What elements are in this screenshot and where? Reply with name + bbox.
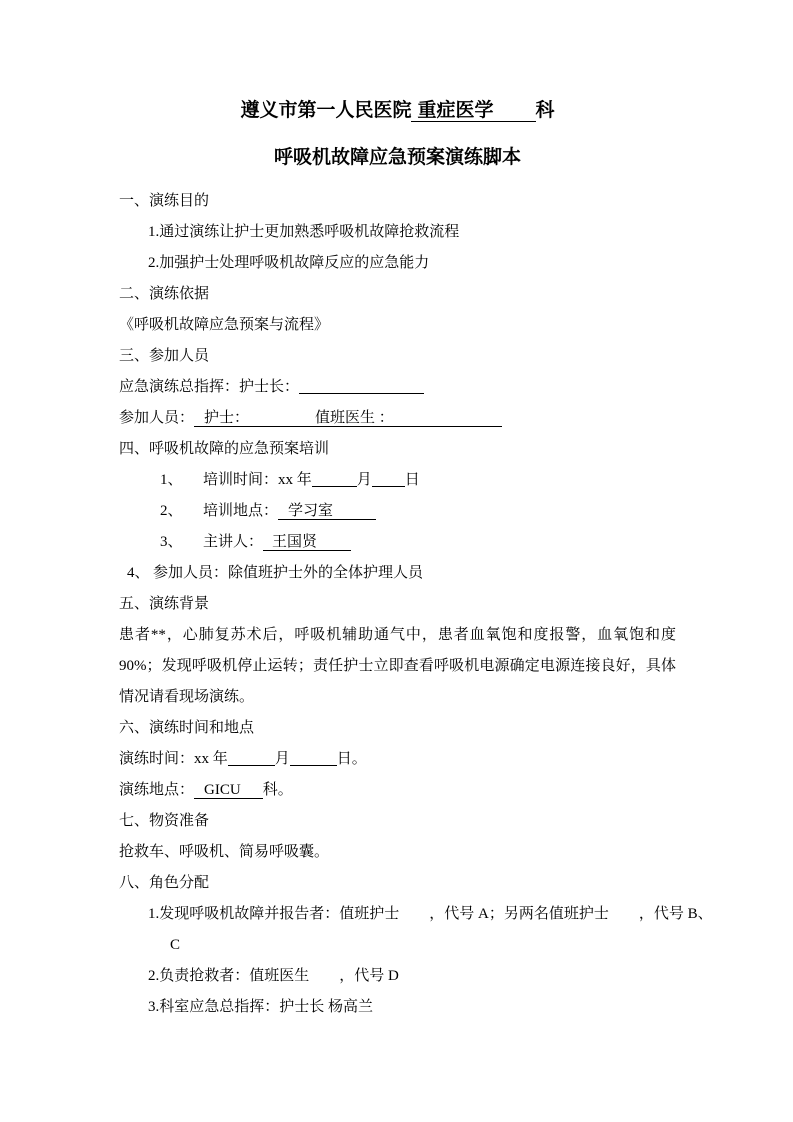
section8-heading: 八、角色分配 (119, 868, 676, 899)
participants-label: 参加人员： (119, 410, 194, 426)
training-time-number: 1、 (160, 465, 203, 496)
training-time-label: 培训时间：xx 年 (203, 472, 312, 488)
lecturer-line: 3、主讲人：王国贤 (160, 527, 676, 558)
drill-background-paragraph: 患者**，心肺复苏术后，呼吸机辅助通气中，患者血氧饱和度报警，血氧饱和度 90%… (119, 620, 676, 713)
training-day-label: 日 (405, 472, 420, 488)
section6-heading: 六、演练时间和地点 (119, 713, 676, 744)
section4-heading: 四、呼吸机故障的应急预案培训 (119, 434, 676, 465)
role-commander-line: 3.科室应急总指挥：护士长 杨高兰 (148, 992, 676, 1023)
training-place-line: 2、培训地点：学习室 (160, 496, 676, 527)
section5-heading: 五、演练背景 (119, 589, 676, 620)
head-nurse-blank-field (299, 379, 424, 394)
title-hospital-name: 遵义市第一人民医院 (240, 100, 411, 121)
drill-day-label: 日。 (337, 751, 367, 767)
participants-underlined-run: 护士：值班医生 ： (194, 410, 502, 427)
section2-body: 《呼吸机故障应急预案与流程》 (119, 310, 676, 341)
lecturer-value: 王国贤 (263, 534, 351, 551)
training-day-blank-field (372, 472, 405, 487)
commander-line: 应急演练总指挥：护士长： (119, 372, 676, 403)
section1-item2: 2.加强护士处理呼吸机故障反应的应急能力 (148, 248, 676, 279)
role-reporter-continuation: C (170, 930, 676, 961)
drill-month-blank-field (228, 751, 275, 766)
duty-doctor-label: 值班医生 ： (315, 410, 394, 426)
participants-line: 参加人员：护士：值班医生 ： (119, 403, 676, 434)
title-department-underlined: 重症医学 (411, 100, 535, 122)
training-participants-number: 4、 (127, 558, 153, 589)
training-participants-text: 参加人员：除值班护士外的全体护理人员 (153, 565, 423, 581)
commander-label: 应急演练总指挥：护士长： (119, 379, 299, 395)
training-participants-line: 4、参加人员：除值班护士外的全体护理人员 (127, 558, 676, 589)
lecturer-number: 3、 (160, 527, 203, 558)
drill-month-label: 月 (275, 751, 290, 767)
nurse-label: 护士： (204, 410, 249, 426)
training-month-label: 月 (357, 472, 372, 488)
section1-item1: 1.通过演练让护士更加熟悉呼吸机故障抢救流程 (148, 217, 676, 248)
drill-day-blank-field (290, 751, 337, 766)
training-place-number: 2、 (160, 496, 203, 527)
drill-place-line: 演练地点：GICU科。 (119, 775, 676, 806)
drill-place-suffix: 科。 (263, 782, 293, 798)
drill-time-line: 演练时间：xx 年月日。 (119, 744, 676, 775)
nurse-blank-field (249, 421, 315, 422)
title-suffix: 科 (536, 100, 555, 121)
role-reporter-line: 1.发现呼吸机故障并报告者：值班护士 ，代号 A；另两名值班护士 ，代号 B、 (148, 899, 676, 930)
doc-title-line1: 遵义市第一人民医院重症医学科 (119, 97, 676, 124)
section3-heading: 三、参加人员 (119, 341, 676, 372)
supplies-line: 抢救车、呼吸机、简易呼吸囊。 (119, 837, 676, 868)
doc-title-line2: 呼吸机故障应急预案演练脚本 (119, 144, 676, 171)
drill-time-label: 演练时间：xx 年 (119, 751, 228, 767)
drill-place-label: 演练地点： (119, 782, 194, 798)
training-place-label: 培训地点： (203, 503, 278, 519)
training-time-line: 1、培训时间：xx 年月日 (160, 465, 676, 496)
role-rescuer-line: 2.负责抢救者：值班医生 ，代号 D (148, 961, 676, 992)
section1-heading: 一、演练目的 (119, 186, 676, 217)
document-page: 遵义市第一人民医院重症医学科 呼吸机故障应急预案演练脚本 一、演练目的 1.通过… (0, 0, 793, 1122)
drill-place-value: GICU (194, 782, 263, 799)
lecturer-label: 主讲人： (203, 534, 263, 550)
training-month-blank-field (312, 472, 357, 487)
section2-heading: 二、演练依据 (119, 279, 676, 310)
training-place-value: 学习室 (278, 503, 376, 520)
section7-heading: 七、物资准备 (119, 806, 676, 837)
